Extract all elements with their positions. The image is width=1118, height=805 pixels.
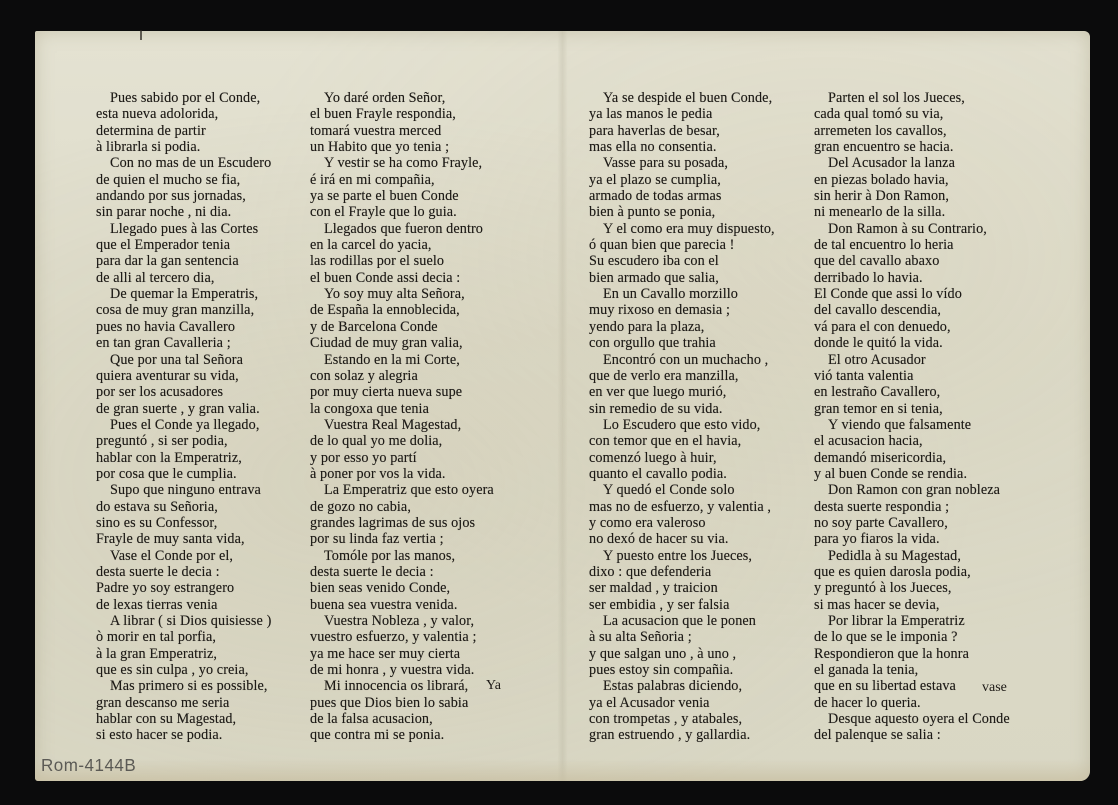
verse-line: à librarla si podia. bbox=[96, 139, 271, 155]
verse-line: Vuestra Real Magestad, bbox=[310, 417, 494, 433]
verse-line: Tomóle por las manos, bbox=[310, 548, 494, 564]
verse-line: Yo soy muy alta Señora, bbox=[310, 286, 494, 302]
verse-line: Encontró con un muchacho , bbox=[589, 352, 775, 368]
verse-line: de gran suerte , y gran valia. bbox=[96, 401, 271, 417]
verse-line: Y vestir se ha como Frayle, bbox=[310, 155, 494, 171]
verse-line: Su escudero iba con el bbox=[589, 253, 775, 269]
verse-line: la congoxa que tenia bbox=[310, 401, 494, 417]
verse-line: do estava su Señoria, bbox=[96, 499, 271, 515]
verse-line: à poner por vos la vida. bbox=[310, 466, 494, 482]
verse-line: pues estoy sin compañia. bbox=[589, 662, 775, 678]
verse-line: ya se parte el buen Conde bbox=[310, 188, 494, 204]
verse-line: preguntó , si ser podia, bbox=[96, 433, 271, 449]
verse-line: derribado lo havia. bbox=[814, 270, 1010, 286]
verse-line: el acusacion hacia, bbox=[814, 433, 1010, 449]
verse-line: dixo : que defenderia bbox=[589, 564, 775, 580]
verse-line: sino es su Confessor, bbox=[96, 515, 271, 531]
verse-line: en piezas bolado havia, bbox=[814, 172, 1010, 188]
verse-line: en lestraño Cavallero, bbox=[814, 384, 1010, 400]
verse-line: Por librar la Emperatriz bbox=[814, 613, 1010, 629]
verse-line: La Emperatriz que esto oyera bbox=[310, 482, 494, 498]
verse-line: demandó misericordia, bbox=[814, 450, 1010, 466]
verse-line: con solaz y alegria bbox=[310, 368, 494, 384]
verse-line: cosa de muy gran manzilla, bbox=[96, 302, 271, 318]
verse-line: que del cavallo abaxo bbox=[814, 253, 1010, 269]
verse-column-1: Pues sabido por el Conde,esta nueva adol… bbox=[96, 90, 271, 744]
verse-line: por cosa que le cumplia. bbox=[96, 466, 271, 482]
verse-line: Vasse para su posada, bbox=[589, 155, 775, 171]
verse-line: en tan gran Cavalleria ; bbox=[96, 335, 271, 351]
verse-line: Pues el Conde ya llegado, bbox=[96, 417, 271, 433]
verse-line: muy rixoso en demasia ; bbox=[589, 302, 775, 318]
verse-line: que de verlo era manzilla, bbox=[589, 368, 775, 384]
verse-line: gran temor en si tenia, bbox=[814, 401, 1010, 417]
verse-line: del palenque se salia : bbox=[814, 727, 1010, 743]
verse-line: un Habito que yo tenia ; bbox=[310, 139, 494, 155]
verse-line: grandes lagrimas de sus ojos bbox=[310, 515, 494, 531]
verse-line: Lo Escudero que esto vido, bbox=[589, 417, 775, 433]
verse-line: bien seas venido Conde, bbox=[310, 580, 494, 596]
verse-line: Mas primero si es possible, bbox=[96, 678, 271, 694]
verse-line: Mi innocencia os librará, bbox=[310, 678, 494, 694]
verse-line: cada qual tomó su via, bbox=[814, 106, 1010, 122]
verse-line: por ser los acusadores bbox=[96, 384, 271, 400]
verse-line: pues no havia Cavallero bbox=[96, 319, 271, 335]
verse-line: pues que Dios bien lo sabia bbox=[310, 695, 494, 711]
verse-line: ni menearlo de la silla. bbox=[814, 204, 1010, 220]
verse-line: del cavallo descendia, bbox=[814, 302, 1010, 318]
verse-line: vuestro esfuerzo, y valentia ; bbox=[310, 629, 494, 645]
verse-column-2: Yo daré orden Señor,el buen Frayle respo… bbox=[310, 90, 494, 744]
verse-line: mas ella no consentia. bbox=[589, 139, 775, 155]
verse-line: ser maldad , y traicion bbox=[589, 580, 775, 596]
verse-line: Supo que ninguno entrava bbox=[96, 482, 271, 498]
verse-line: armado de todas armas bbox=[589, 188, 775, 204]
verse-line: por muy cierta nueva supe bbox=[310, 384, 494, 400]
verse-line: y como era valeroso bbox=[589, 515, 775, 531]
verse-line: desta suerte respondia ; bbox=[814, 499, 1010, 515]
verse-line: En un Cavallo morzillo bbox=[589, 286, 775, 302]
verse-line: Vuestra Nobleza , y valor, bbox=[310, 613, 494, 629]
verse-line: ya me hace ser muy cierta bbox=[310, 646, 494, 662]
verse-line: el buen Frayle respondia, bbox=[310, 106, 494, 122]
verse-line: sin parar noche , ni dia. bbox=[96, 204, 271, 220]
verse-line: Y quedó el Conde solo bbox=[589, 482, 775, 498]
verse-line: La acusacion que le ponen bbox=[589, 613, 775, 629]
verse-line: gran descanso me seria bbox=[96, 695, 271, 711]
verse-line: que contra mi se ponia. bbox=[310, 727, 494, 743]
verse-line: Y viendo que falsamente bbox=[814, 417, 1010, 433]
verse-line: ó quan bien que parecia ! bbox=[589, 237, 775, 253]
verse-line: determina de partir bbox=[96, 123, 271, 139]
verse-line: ò morir en tal porfia, bbox=[96, 629, 271, 645]
verse-line: tomará vuestra merced bbox=[310, 123, 494, 139]
verse-line: Yo daré orden Señor, bbox=[310, 90, 494, 106]
verse-line: yendo para la plaza, bbox=[589, 319, 775, 335]
verse-line: que es quien darosla podia, bbox=[814, 564, 1010, 580]
verse-line: las rodillas por el suelo bbox=[310, 253, 494, 269]
verse-line: Del Acusador la lanza bbox=[814, 155, 1010, 171]
verse-line: Estas palabras diciendo, bbox=[589, 678, 775, 694]
verse-line: vió tanta valentia bbox=[814, 368, 1010, 384]
verse-line: ya las manos le pedia bbox=[589, 106, 775, 122]
verse-line: Padre yo soy estrangero bbox=[96, 580, 271, 596]
verse-line: quanto el cavallo podia. bbox=[589, 466, 775, 482]
verse-line: Pedidla à su Magestad, bbox=[814, 548, 1010, 564]
verse-line: mas no de esfuerzo, y valentia , bbox=[589, 499, 775, 515]
verse-line: de alli al tercero dia, bbox=[96, 270, 271, 286]
verse-line: Respondieron que la honra bbox=[814, 646, 1010, 662]
verse-line: de España la ennoblecida, bbox=[310, 302, 494, 318]
shelfmark-label: Rom-4144B bbox=[41, 756, 136, 777]
verse-line: de lo que se le imponia ? bbox=[814, 629, 1010, 645]
verse-line: el buen Conde assi decia : bbox=[310, 270, 494, 286]
verse-line: en ver que luego murió, bbox=[589, 384, 775, 400]
verse-line: si esto hacer se podia. bbox=[96, 727, 271, 743]
verse-line: arremeten los cavallos, bbox=[814, 123, 1010, 139]
verse-line: vá para el con denuedo, bbox=[814, 319, 1010, 335]
verse-line: é irá en mi compañia, bbox=[310, 172, 494, 188]
verse-line: con trompetas , y atabales, bbox=[589, 711, 775, 727]
verse-line: Ya se despide el buen Conde, bbox=[589, 90, 775, 106]
verse-line: Frayle de muy santa vida, bbox=[96, 531, 271, 547]
verse-line: gran encuentro se hacia. bbox=[814, 139, 1010, 155]
verse-line: en la carcel do yacia, bbox=[310, 237, 494, 253]
verse-line: por su linda faz vertia ; bbox=[310, 531, 494, 547]
verse-line: con temor que en el havia, bbox=[589, 433, 775, 449]
verse-line: de la falsa acusacion, bbox=[310, 711, 494, 727]
verse-line: Pues sabido por el Conde, bbox=[96, 90, 271, 106]
verse-line: para yo fiaros la vida. bbox=[814, 531, 1010, 547]
verse-line: para haverlas de besar, bbox=[589, 123, 775, 139]
verse-line: A librar ( si Dios quisiesse ) bbox=[96, 613, 271, 629]
verse-line: Vase el Conde por el, bbox=[96, 548, 271, 564]
verse-line: Con no mas de un Escudero bbox=[96, 155, 271, 171]
verse-line: de lexas tierras venia bbox=[96, 597, 271, 613]
verse-column-3: Ya se despide el buen Conde,ya las manos… bbox=[589, 90, 775, 744]
verse-line: no soy parte Cavallero, bbox=[814, 515, 1010, 531]
verse-line: buena sea vuestra venida. bbox=[310, 597, 494, 613]
verse-line: con orgullo que trahia bbox=[589, 335, 775, 351]
verse-line: con el Frayle que lo guia. bbox=[310, 204, 494, 220]
verse-line: comenzó luego à huir, bbox=[589, 450, 775, 466]
verse-line: à la gran Emperatriz, bbox=[96, 646, 271, 662]
verse-line: de gozo no cabia, bbox=[310, 499, 494, 515]
verse-line: bien armado que salia, bbox=[589, 270, 775, 286]
verse-line: gran estruendo , y gallardia. bbox=[589, 727, 775, 743]
verse-line: bien à punto se ponia, bbox=[589, 204, 775, 220]
verse-line: Ciudad de muy gran valia, bbox=[310, 335, 494, 351]
verse-line: Desque aquesto oyera el Conde bbox=[814, 711, 1010, 727]
verse-line: donde le quitó la vida. bbox=[814, 335, 1010, 351]
verse-line: hablar con la Emperatriz, bbox=[96, 450, 271, 466]
verse-line: Don Ramon con gran nobleza bbox=[814, 482, 1010, 498]
verse-line: Parten el sol los Jueces, bbox=[814, 90, 1010, 106]
verse-line: Llegado pues à las Cortes bbox=[96, 221, 271, 237]
verse-line: de tal encuentro lo heria bbox=[814, 237, 1010, 253]
verse-line: y que salgan uno , à uno , bbox=[589, 646, 775, 662]
verse-line: si mas hacer se devia, bbox=[814, 597, 1010, 613]
verse-line: andando por sus jornadas, bbox=[96, 188, 271, 204]
verse-line: que en su libertad estava bbox=[814, 678, 1010, 694]
verse-line: esta nueva adolorida, bbox=[96, 106, 271, 122]
verse-line: Estando en la mi Corte, bbox=[310, 352, 494, 368]
verse-line: ser embidia , y ser falsia bbox=[589, 597, 775, 613]
catchword-right-page: vase bbox=[982, 680, 1007, 696]
verse-line: De quemar la Emperatris, bbox=[96, 286, 271, 302]
verse-line: y por esso yo partí bbox=[310, 450, 494, 466]
verse-line: sin herir à Don Ramon, bbox=[814, 188, 1010, 204]
verse-line: ya el Acusador venia bbox=[589, 695, 775, 711]
verse-line: y de Barcelona Conde bbox=[310, 319, 494, 335]
verse-line: el ganada la tenia, bbox=[814, 662, 1010, 678]
verse-line: ya el plazo se cumplia, bbox=[589, 172, 775, 188]
verse-line: que el Emperador tenia bbox=[96, 237, 271, 253]
catchword-left-page: Ya bbox=[486, 678, 501, 694]
verse-line: Que por una tal Señora bbox=[96, 352, 271, 368]
verse-line: quiera aventurar su vida, bbox=[96, 368, 271, 384]
verse-line: El otro Acusador bbox=[814, 352, 1010, 368]
verse-line: y preguntó à los Jueces, bbox=[814, 580, 1010, 596]
verse-line: Llegados que fueron dentro bbox=[310, 221, 494, 237]
verse-line: à su alta Señoria ; bbox=[589, 629, 775, 645]
verse-line: desta suerte le decia : bbox=[310, 564, 494, 580]
verse-line: no dexó de hacer su via. bbox=[589, 531, 775, 547]
verse-line: para dar la gan sentencia bbox=[96, 253, 271, 269]
page-corner-mark bbox=[140, 30, 146, 40]
verse-line: sin remedio de su vida. bbox=[589, 401, 775, 417]
verse-line: de mi honra , y vuestra vida. bbox=[310, 662, 494, 678]
verse-line: Y el como era muy dispuesto, bbox=[589, 221, 775, 237]
verse-line: hablar con su Magestad, bbox=[96, 711, 271, 727]
verse-line: de hacer lo queria. bbox=[814, 695, 1010, 711]
verse-column-4: Parten el sol los Jueces,cada qual tomó … bbox=[814, 90, 1010, 744]
verse-line: de lo qual yo me dolia, bbox=[310, 433, 494, 449]
verse-line: Don Ramon à su Contrario, bbox=[814, 221, 1010, 237]
verse-line: El Conde que assi lo vído bbox=[814, 286, 1010, 302]
verse-line: de quien el mucho se fia, bbox=[96, 172, 271, 188]
verse-line: que es sin culpa , yo creia, bbox=[96, 662, 271, 678]
verse-line: Y puesto entre los Jueces, bbox=[589, 548, 775, 564]
verse-line: y al buen Conde se rendia. bbox=[814, 466, 1010, 482]
verse-line: desta suerte le decia : bbox=[96, 564, 271, 580]
